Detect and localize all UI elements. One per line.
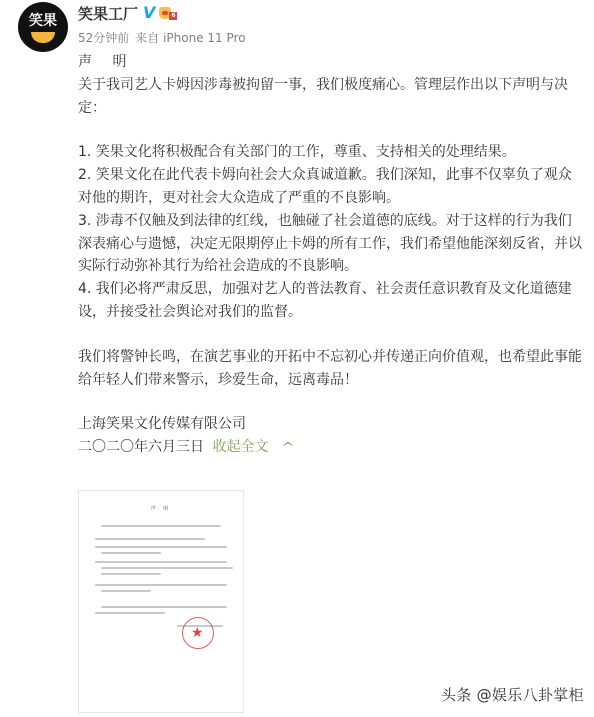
spacer [78, 391, 584, 413]
statement-date-row: 二〇二〇年六月三日 收起全文 ^ [78, 436, 584, 459]
source-watermark: 头条 @娱乐八卦掌柜 [441, 684, 584, 705]
statement-item-3: 3. 涉毒不仅触及到法律的红线，也触碰了社会道德的底线。对于这样的行为我们深表痛… [78, 210, 584, 278]
post-source: 来自 iPhone 11 Pro [135, 29, 245, 46]
statement-intro: 关于我司艺人卡姆因涉毒被拘留一事，我们极度痛心。管理层作出以下声明与决定： [78, 74, 584, 120]
statement-title: 声 明 [78, 51, 584, 74]
post-content: 声 明 关于我司艺人卡姆因涉毒被拘留一事，我们极度痛心。管理层作出以下声明与决定… [78, 51, 584, 459]
member-level-badge: 6 [169, 12, 177, 20]
document-text-line [95, 538, 205, 540]
member-crown-icon[interactable]: 6 [159, 5, 177, 21]
post-time[interactable]: 52分钟前 [78, 29, 129, 46]
document-text-line [101, 567, 233, 569]
document-text-line [95, 546, 227, 548]
avatar[interactable]: 笑果 [18, 2, 68, 52]
document-text-line [95, 584, 227, 586]
document-text-line [95, 561, 227, 563]
spacer [78, 119, 584, 141]
document-text-line [101, 525, 221, 527]
author-name[interactable]: 笑果工厂 [78, 3, 138, 24]
document-text-line [101, 552, 161, 554]
smile-logo-icon [31, 32, 55, 43]
star-icon: ★ [191, 623, 204, 643]
statement-item-2: 2. 笑果文化在此代表卡姆向社会大众真诚道歉。我们深知，此事不仅辜负了观众对他的… [78, 164, 584, 210]
statement-date: 二〇二〇年六月三日 [78, 439, 204, 455]
document-text-line [101, 573, 161, 575]
document-text-line [95, 612, 165, 614]
statement-signature: 上海笑果文化传媒有限公司 [78, 413, 584, 436]
statement-item-1: 1. 笑果文化将积极配合有关部门的工作，尊重、支持相关的处理结果。 [78, 141, 584, 164]
statement-item-4: 4. 我们必将严肃反思，加强对艺人的普法教育、社会责任意识教育及文化道德建设，并… [78, 278, 584, 324]
document-text-line [101, 590, 151, 592]
statement-closing: 我们将警钟长鸣，在演艺事业的开拓中不忘初心并传递正向价值观，也希望此事能给年轻人… [78, 346, 584, 392]
statement-document-image[interactable]: 声 明 ★ [78, 490, 244, 713]
document-text-line [101, 606, 227, 608]
collapse-full-text-link[interactable]: 收起全文 [212, 439, 268, 455]
post-meta: 52分钟前 来自 iPhone 11 Pro [78, 29, 246, 46]
document-title: 声 明 [79, 505, 243, 512]
avatar-logo-text: 笑果 [18, 10, 68, 30]
post-header: 笑果工厂 V 6 52分钟前 来自 iPhone 11 Pro [78, 2, 246, 46]
weibo-post: 笑果 笑果工厂 V 6 52分钟前 来自 iPhone 11 Pro 声 明 关… [0, 0, 594, 717]
name-row: 笑果工厂 V 6 [78, 2, 246, 24]
spacer [78, 324, 584, 346]
company-seal-stamp: ★ [182, 617, 214, 649]
verified-icon: V [143, 5, 155, 21]
chevron-up-icon[interactable]: ^ [281, 436, 294, 459]
